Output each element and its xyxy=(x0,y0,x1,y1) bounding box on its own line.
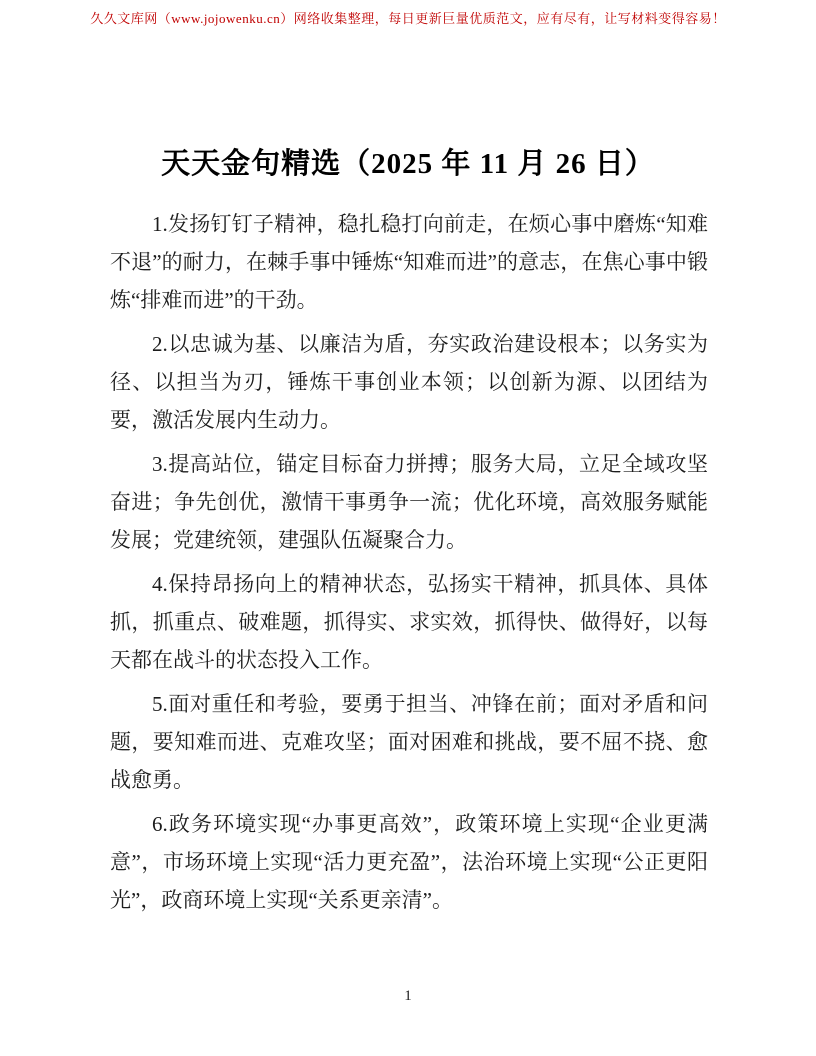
paragraph: 4.保持昂扬向上的精神状态，弘扬实干精神，抓具体、具体抓，抓重点、破难题，抓得实… xyxy=(110,565,708,679)
document-body: 1.发扬钉钉子精神，稳扎稳打向前走，在烦心事中磨炼“知难不退”的耐力，在棘手事中… xyxy=(110,205,708,925)
document-page: 久久文库网（www.jojowenku.cn）网络收集整理，每日更新巨量优质范文… xyxy=(0,0,816,1056)
paragraph: 6.政务环境实现“办事更高效”，政策环境上实现“企业更满意”，市场环境上实现“活… xyxy=(110,805,708,919)
paragraph: 3.提高站位，锚定目标奋力拼搏；服务大局，立足全域攻坚奋进；争先创优，激情干事勇… xyxy=(110,445,708,559)
paragraph: 1.发扬钉钉子精神，稳扎稳打向前走，在烦心事中磨炼“知难不退”的耐力，在棘手事中… xyxy=(110,205,708,319)
paragraph: 5.面对重任和考验，要勇于担当、冲锋在前；面对矛盾和问题，要知难而进、克难攻坚；… xyxy=(110,685,708,799)
site-watermark-header: 久久文库网（www.jojowenku.cn）网络收集整理，每日更新巨量优质范文… xyxy=(0,8,816,27)
page-number: 1 xyxy=(0,988,816,1005)
document-title: 天天金句精选（2025 年 11 月 26 日） xyxy=(0,141,816,182)
paragraph: 2.以忠诚为基、以廉洁为盾，夯实政治建设根本；以务实为径、以担当为刃，锤炼干事创… xyxy=(110,325,708,439)
